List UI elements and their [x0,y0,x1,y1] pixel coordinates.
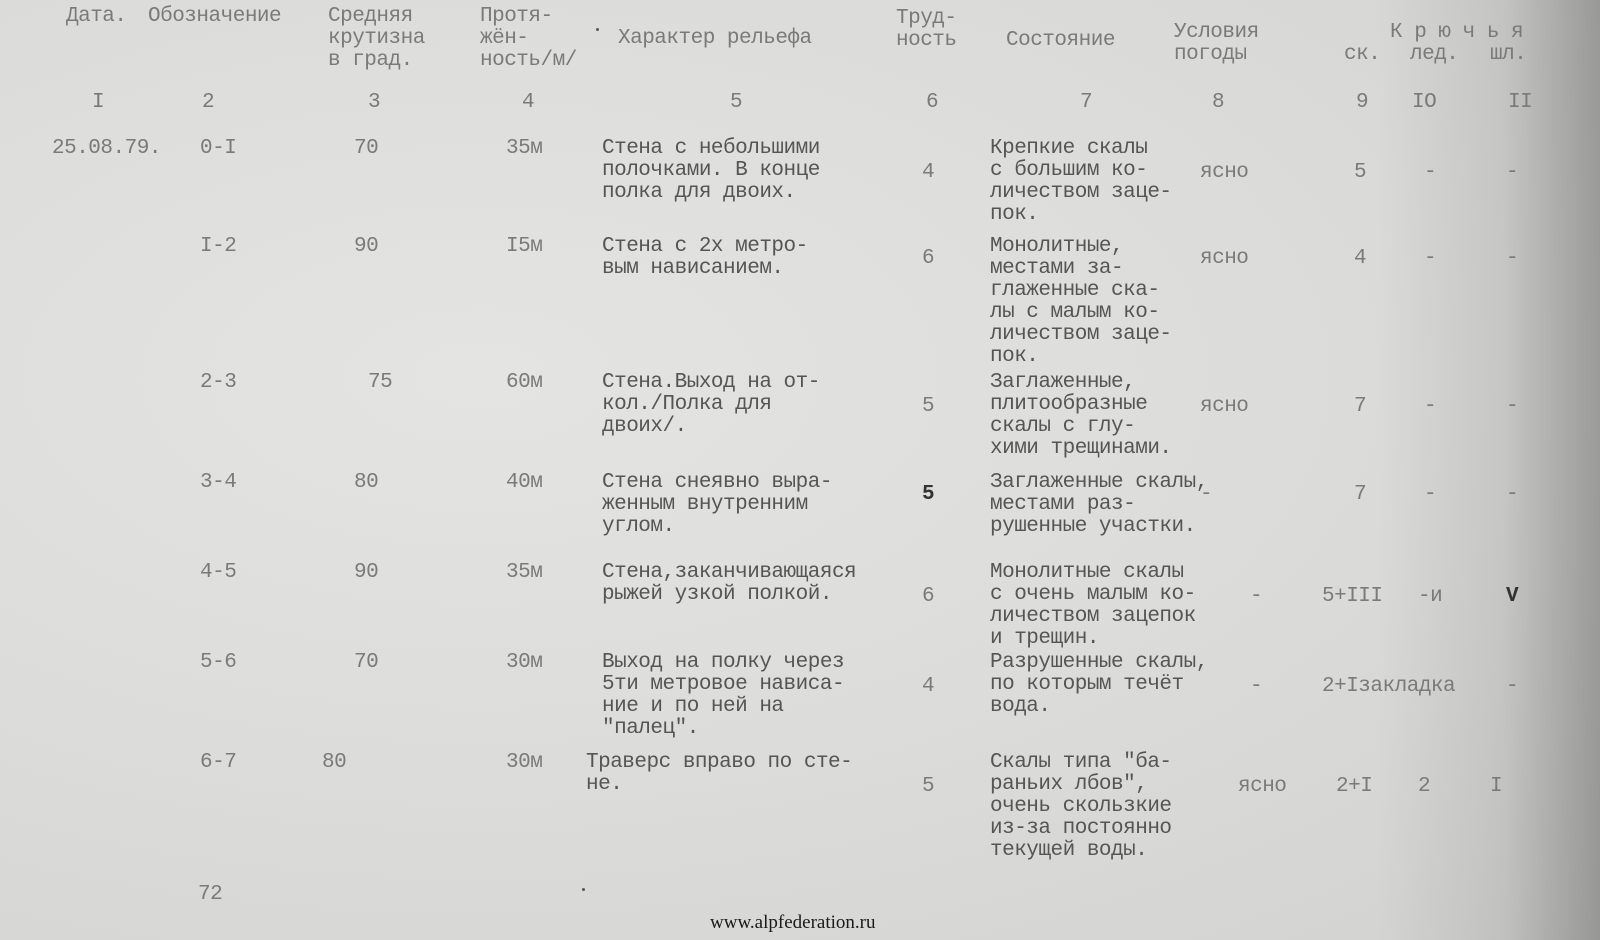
cell-rock: 2+Iзакладка [1322,676,1455,698]
cell-ice: - [1424,248,1436,270]
header-condition: Состояние [1006,30,1115,52]
cell-rock: 5+III [1322,586,1383,608]
cell-weather: - [1200,484,1212,506]
header-pitons-rock: ск. [1344,44,1380,66]
cell-terrain: Стена.Выход на от- кол./Полка для двоих/… [602,372,820,438]
cell-bolt: - [1506,676,1518,698]
cell-ice: - [1424,484,1436,506]
cell-rock: 5 [1354,162,1366,184]
cell-difficulty: 4 [922,162,934,184]
watermark: www.alpfederation.ru [710,912,875,934]
column-number: 5 [730,92,742,114]
cell-steepness: 75 [368,372,392,394]
page-number: 72 [198,884,222,906]
cell-rock: 2+I [1336,776,1372,798]
cell-weather: ясно [1200,162,1248,184]
cell-length: 30м [506,752,542,774]
cell-terrain: Стена,заканчивающаяся рыжей узкой полкой… [602,562,856,606]
cell-length: 30м [506,652,542,674]
cell-bolt: - [1506,162,1518,184]
cell-section: 5-6 [200,652,236,674]
header-steepness: Средняя крутизна в град. [328,6,425,72]
cell-condition: Монолитные, местами за- глаженные ска- л… [990,236,1172,368]
cell-rock: 7 [1354,484,1366,506]
cell-condition: Разрушенные скалы, по которым течёт вода… [990,652,1208,718]
cell-section: I-2 [200,236,236,258]
cell-section: 0-I [200,138,236,160]
cell-bolt: I [1490,776,1502,798]
column-number: 4 [522,92,534,114]
cell-condition: Скалы типа "ба- раньих лбов", очень скол… [990,752,1172,862]
header-pitons-bolt: шл. [1490,44,1526,66]
column-number: 2 [202,92,214,114]
cell-steepness: 80 [322,752,346,774]
cell-bolt: - [1506,396,1518,418]
cell-date: 25.08.79. [52,138,161,160]
header-weather: Условия погоды [1174,22,1259,66]
cell-bolt: - [1506,248,1518,270]
cell-difficulty: 4 [922,676,934,698]
cell-weather: ясно [1200,248,1248,270]
header-date: Дата. [66,6,127,28]
column-number: 7 [1080,92,1092,114]
column-number: IO [1412,92,1436,114]
header-length: Протя- жён- ность/м/ [480,6,577,72]
cell-terrain: Выход на полку через 5ти метровое нависа… [602,652,844,740]
column-number: 8 [1212,92,1224,114]
cell-difficulty: 6 [922,586,934,608]
column-number: 6 [926,92,938,114]
header-terrain: Характер рельефа [618,28,812,50]
cell-terrain: Стена с 2х метро- вым нависанием. [602,236,808,280]
cell-length: 35м [506,138,542,160]
cell-steepness: 90 [354,236,378,258]
cell-weather: ясно [1238,776,1286,798]
header-pitons-ice: лед. [1410,44,1458,66]
cell-terrain: Траверс вправо по сте- не. [586,752,852,796]
header-pitons-title: К р ю ч ь я [1390,22,1523,44]
cell-condition: Крепкие скалы с большим ко- личеством за… [990,138,1172,226]
cell-condition: Заглаженные, плитообразные скалы с глу- … [990,372,1172,460]
cell-section: 2-3 [200,372,236,394]
column-number: II [1508,92,1532,114]
cell-condition: Заглаженные скалы, местами раз- рушенные… [990,472,1208,538]
ink-speck [582,888,585,891]
cell-length: 40м [506,472,542,494]
cell-difficulty: 5 [922,484,934,506]
cell-ice: -и [1418,586,1442,608]
column-number: 9 [1356,92,1368,114]
cell-steepness: 70 [354,652,378,674]
cell-weather: - [1250,676,1262,698]
cell-section: 3-4 [200,472,236,494]
column-number: I [92,92,104,114]
column-number: 3 [368,92,380,114]
cell-terrain: Стена снеявно выра- женным внутренним уг… [602,472,832,538]
cell-difficulty: 5 [922,396,934,418]
cell-length: 60м [506,372,542,394]
cell-section: 6-7 [200,752,236,774]
cell-ice: 2 [1418,776,1430,798]
cell-difficulty: 6 [922,248,934,270]
cell-steepness: 70 [354,138,378,160]
cell-ice: - [1424,162,1436,184]
header-difficulty: Труд- ность [896,8,957,52]
ink-speck [596,28,599,31]
cell-condition: Монолитные скалы с очень малым ко- личес… [990,562,1196,650]
cell-rock: 4 [1354,248,1366,270]
cell-steepness: 90 [354,562,378,584]
cell-bolt: - [1506,484,1518,506]
cell-weather: ясно [1200,396,1248,418]
cell-difficulty: 5 [922,776,934,798]
cell-bolt: V [1506,586,1518,608]
cell-terrain: Стена с небольшими полочками. В конце по… [602,138,820,204]
cell-length: I5м [506,236,542,258]
cell-rock: 7 [1354,396,1366,418]
cell-length: 35м [506,562,542,584]
cell-section: 4-5 [200,562,236,584]
cell-ice: - [1424,396,1436,418]
header-designation: Обозначение [148,6,281,28]
cell-weather: - [1250,586,1262,608]
cell-steepness: 80 [354,472,378,494]
